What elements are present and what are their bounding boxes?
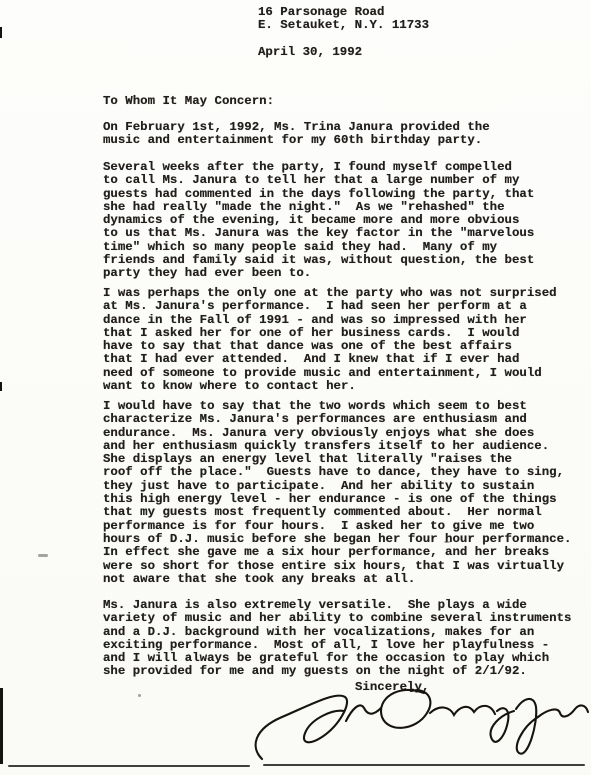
letter-page: 16 Parsonage Road E. Setauket, N.Y. 1173… (0, 0, 591, 775)
scan-edge-mark (0, 382, 2, 391)
signature (248, 681, 591, 775)
scan-bottom-line (8, 765, 250, 767)
scan-edge-mark (0, 27, 2, 38)
scan-speckle (444, 541, 450, 543)
sender-address-line2: E. Setauket, N.Y. 11733 (258, 19, 429, 32)
paragraph-2: Several weeks after the party, I found m… (103, 161, 534, 281)
paragraph-5: Ms. Janura is also extremely versatile. … (103, 599, 571, 679)
paragraph-3: I was perhaps the only one at the party … (103, 287, 557, 393)
scan-edge-bar (0, 688, 3, 764)
scan-speckle (38, 554, 48, 557)
scan-bottom-line (263, 764, 585, 766)
paragraph-4: I would have to say that the two words w… (103, 400, 571, 586)
scan-speckle (138, 694, 141, 697)
paragraph-1: On February 1st, 1992, Ms. Trina Janura … (103, 121, 490, 148)
letter-date: April 30, 1992 (258, 46, 362, 59)
salutation: To Whom It May Concern: (103, 95, 274, 108)
